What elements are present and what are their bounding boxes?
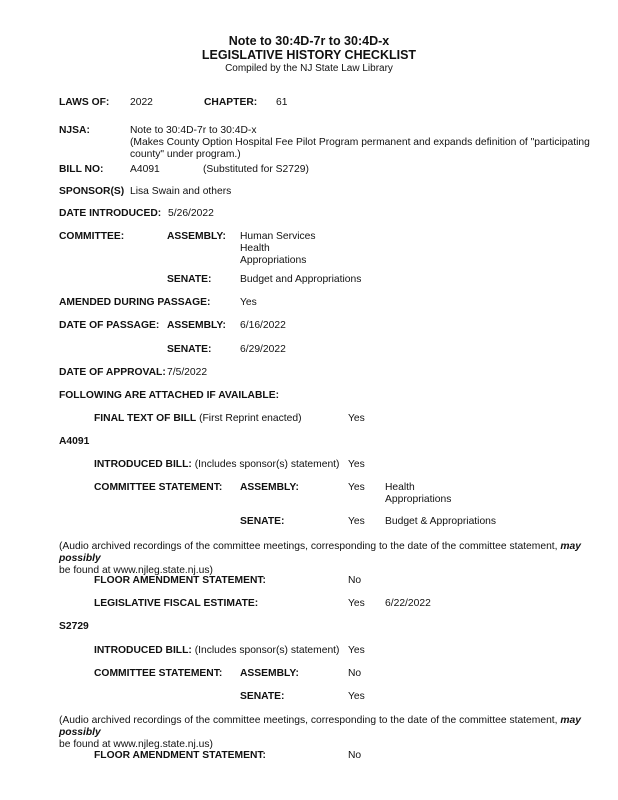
s2729-introduced-value: Yes <box>348 645 365 657</box>
attached-heading: FOLLOWING ARE ATTACHED IF AVAILABLE: <box>59 390 279 402</box>
passage-senate-date: 6/29/2022 <box>240 344 286 356</box>
a4091-cs-assembly-committee: Appropriations <box>385 494 451 506</box>
njsa-description-line2: county" under program.) <box>130 149 241 161</box>
passage-assembly-label: ASSEMBLY: <box>167 320 226 332</box>
final-text-value: Yes <box>348 413 365 425</box>
committee-assembly-item: Health <box>240 243 316 255</box>
committee-senate-label: SENATE: <box>167 274 211 286</box>
committee-assembly-list: Human Services Health Appropriations <box>240 231 316 267</box>
committee-senate-item: Budget and Appropriations <box>240 274 361 286</box>
s2729-committee-statement-label: COMMITTEE STATEMENT: <box>94 668 222 680</box>
date-of-approval-label: DATE OF APPROVAL: <box>59 367 166 379</box>
s2729-cs-assembly-label: ASSEMBLY: <box>240 668 299 680</box>
sponsors-value: Lisa Swain and others <box>130 186 231 198</box>
passage-senate-label: SENATE: <box>167 344 211 356</box>
s2729-cs-assembly-value: No <box>348 668 361 680</box>
s2729-cs-senate-value: Yes <box>348 691 365 703</box>
committee-assembly-label: ASSEMBLY: <box>167 231 226 243</box>
njsa-citation: Note to 30:4D-7r to 30:4D-x <box>130 125 256 137</box>
a4091-introduced-label: INTRODUCED BILL: <box>94 459 192 470</box>
s2729-introduced-label: INTRODUCED BILL: <box>94 645 192 656</box>
audio-note-text: (Audio archived recordings of the commit… <box>59 715 560 726</box>
laws-of-label: LAWS OF: <box>59 97 109 109</box>
committee-assembly-item: Human Services <box>240 231 316 243</box>
a4091-cs-assembly-label: ASSEMBLY: <box>240 482 299 494</box>
a4091-cs-assembly-committees: Health Appropriations <box>385 482 451 506</box>
final-text-label: FINAL TEXT OF BILL <box>94 413 196 424</box>
laws-of-value: 2022 <box>130 97 153 109</box>
date-introduced-value: 5/26/2022 <box>168 208 214 220</box>
a4091-audio-note: (Audio archived recordings of the commit… <box>59 541 604 577</box>
s2729-heading: S2729 <box>59 621 89 633</box>
a4091-cs-senate-label: SENATE: <box>240 516 284 528</box>
substituted-note: (Substituted for S2729) <box>203 164 309 176</box>
s2729-introduced-note: (Includes sponsor(s) statement) <box>195 645 340 656</box>
final-text-row: FINAL TEXT OF BILL (First Reprint enacte… <box>94 413 302 425</box>
sponsors-label: SPONSOR(S) <box>59 186 124 198</box>
a4091-introduced-row: INTRODUCED BILL: (Includes sponsor(s) st… <box>94 459 339 471</box>
compiled-by: Compiled by the NJ State Law Library <box>0 63 618 75</box>
s2729-cs-senate-label: SENATE: <box>240 691 284 703</box>
committee-label: COMMITTEE: <box>59 231 124 243</box>
s2729-floor-amendment-value: No <box>348 750 361 762</box>
bill-no-value: A4091 <box>130 164 160 176</box>
a4091-cs-assembly-value: Yes <box>348 482 365 494</box>
njsa-description-line1: (Makes County Option Hospital Fee Pilot … <box>130 137 590 149</box>
s2729-audio-note: (Audio archived recordings of the commit… <box>59 715 604 751</box>
a4091-fiscal-estimate-label: LEGISLATIVE FISCAL ESTIMATE: <box>94 598 258 610</box>
document-title: Note to 30:4D-7r to 30:4D-x <box>0 34 618 48</box>
audio-note-text: (Audio archived recordings of the commit… <box>59 541 560 552</box>
a4091-fiscal-estimate-value: Yes <box>348 598 365 610</box>
audio-note-link-text: be found at www.njleg.state.nj.us) <box>59 739 213 750</box>
date-of-approval-value: 7/5/2022 <box>167 367 207 379</box>
a4091-floor-amendment-label: FLOOR AMENDMENT STATEMENT: <box>94 575 266 587</box>
a4091-cs-assembly-committee: Health <box>385 482 451 494</box>
committee-assembly-item: Appropriations <box>240 255 316 267</box>
bill-no-label: BILL NO: <box>59 164 103 176</box>
a4091-cs-senate-value: Yes <box>348 516 365 528</box>
a4091-introduced-note: (Includes sponsor(s) statement) <box>195 459 340 470</box>
amended-label: AMENDED DURING PASSAGE: <box>59 297 210 309</box>
date-introduced-label: DATE INTRODUCED: <box>59 208 161 220</box>
a4091-committee-statement-label: COMMITTEE STATEMENT: <box>94 482 222 494</box>
chapter-value: 61 <box>276 97 287 109</box>
a4091-floor-amendment-value: No <box>348 575 361 587</box>
a4091-introduced-value: Yes <box>348 459 365 471</box>
njsa-label: NJSA: <box>59 125 90 137</box>
document-subtitle: LEGISLATIVE HISTORY CHECKLIST <box>0 48 618 62</box>
amended-value: Yes <box>240 297 257 309</box>
a4091-cs-senate-committee: Budget & Appropriations <box>385 516 496 528</box>
chapter-label: CHAPTER: <box>204 97 257 109</box>
s2729-floor-amendment-label: FLOOR AMENDMENT STATEMENT: <box>94 750 266 762</box>
passage-assembly-date: 6/16/2022 <box>240 320 286 332</box>
a4091-fiscal-estimate-date: 6/22/2022 <box>385 598 431 610</box>
a4091-heading: A4091 <box>59 436 89 448</box>
date-of-passage-label: DATE OF PASSAGE: <box>59 320 159 332</box>
final-text-note: (First Reprint enacted) <box>199 413 301 424</box>
s2729-introduced-row: INTRODUCED BILL: (Includes sponsor(s) st… <box>94 645 339 657</box>
